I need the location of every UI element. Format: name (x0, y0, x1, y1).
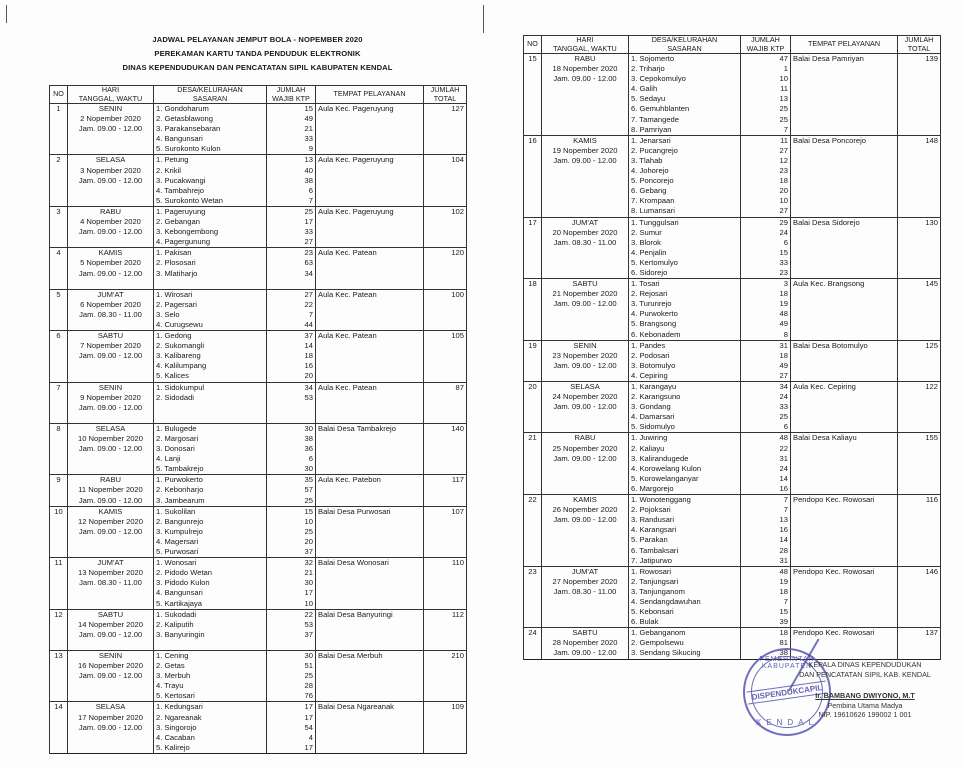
entry-total (424, 599, 467, 610)
service-place (791, 166, 898, 176)
village-ktp-count: 37 (267, 331, 316, 342)
village-name: 4. Galih (629, 84, 741, 94)
entry-number (524, 617, 542, 628)
entry-number (50, 217, 68, 227)
entry-number (50, 403, 68, 413)
entry-date: 7 Nopember 2020 (68, 341, 154, 351)
entry-day-blank (542, 196, 629, 206)
village-row: 5. Kebonsari15 (524, 607, 941, 617)
service-place (316, 320, 424, 331)
schedule-entry-row: 16KAMIS1. Jenarsari11Balai Desa Poncorej… (524, 135, 941, 146)
entry-total (898, 146, 941, 156)
village-name: 3. Singorojo (154, 723, 267, 733)
entry-day-blank (542, 546, 629, 556)
village-row: Jam. 09.00 - 12.003. Botomulyo49 (524, 361, 941, 371)
entry-number (50, 681, 68, 691)
village-ktp-count: 19 (741, 577, 791, 587)
entry-day-blank (542, 104, 629, 114)
entry-total: 210 (424, 650, 467, 661)
village-row: Jam. 09.00 - 12.003. Jambearum25 (50, 496, 467, 507)
village-row: Jam. 08.30 - 11.003. Pidodo Kulon30 (50, 578, 467, 588)
village-name: 1. Gondoharum (154, 104, 267, 115)
entry-total (424, 393, 467, 403)
village-ktp-count: 51 (267, 661, 316, 671)
entry-number (524, 104, 542, 114)
service-place (791, 258, 898, 268)
entry-day-blank (542, 556, 629, 567)
entry-total (898, 648, 941, 659)
entry-number (50, 300, 68, 310)
entry-date: 23 Nopember 2020 (542, 351, 629, 361)
header-place: TEMPAT PELAYANAN (791, 36, 898, 54)
service-place (316, 537, 424, 547)
entry-total (424, 723, 467, 733)
village-row: 4. Cacaban4 (50, 733, 467, 743)
village-ktp-count: 33 (267, 134, 316, 144)
village-ktp-count: 6 (267, 186, 316, 196)
entry-total (424, 517, 467, 527)
entry-total (898, 330, 941, 341)
entry-number (524, 309, 542, 319)
entry-number (524, 525, 542, 535)
header-total: JUMLAHTOTAL (898, 36, 941, 54)
entry-number: 11 (50, 558, 68, 569)
village-row: 5. Kertosari76 (50, 691, 467, 702)
village-name: 1. Cening (154, 650, 267, 661)
entry-number (50, 269, 68, 279)
entry-total (424, 166, 467, 176)
entry-total: 117 (424, 475, 467, 486)
village-name: 3. Kalirandugede (629, 454, 741, 464)
service-place (316, 310, 424, 320)
entry-number (50, 620, 68, 630)
village-name: 1. Jenarsari (629, 135, 741, 146)
service-place (791, 84, 898, 94)
village-ktp-count: 6 (267, 454, 316, 464)
village-name: 2. Pojoksari (629, 505, 741, 515)
service-place (791, 94, 898, 104)
village-name: 6. Margorejo (629, 484, 741, 495)
service-place (791, 556, 898, 567)
village-row: 6. Gebang20 (524, 186, 941, 196)
entry-number (50, 568, 68, 578)
village-row: 27 Nopember 20202. Tanjungsari19 (524, 577, 941, 587)
entry-total (898, 515, 941, 525)
entry-number (50, 176, 68, 186)
header-total: JUMLAHTOTAL (424, 86, 467, 104)
entry-total (898, 156, 941, 166)
village-row: 6. Sidorejo23 (524, 268, 941, 279)
service-place (791, 577, 898, 587)
village-name: 2. Kaliayu (629, 444, 741, 454)
entry-number (50, 444, 68, 454)
village-row: 5. Parakan14 (524, 535, 941, 545)
village-name: 4. Lanji (154, 454, 267, 464)
village-ktp-count: 48 (741, 309, 791, 319)
entry-day: SENIN (68, 382, 154, 393)
village-ktp-count: 49 (741, 361, 791, 371)
service-place (791, 176, 898, 186)
entry-day-blank (68, 640, 154, 651)
service-place (316, 114, 424, 124)
entry-total (898, 74, 941, 84)
village-row: 10 Nopember 20202. Margosari38 (50, 434, 467, 444)
entry-time: Jam. 09.00 - 12.00 (542, 299, 629, 309)
village-name: 7. Tamangede (629, 115, 741, 125)
entry-day: SENIN (68, 650, 154, 661)
village-ktp-count: 30 (267, 423, 316, 434)
service-place: Balai Desa Merbuh (316, 650, 424, 661)
entry-number (524, 146, 542, 156)
entry-number (524, 238, 542, 248)
village-row: Jam. 09.00 - 12.003. Kebongembong33 (50, 227, 467, 237)
village-ktp-count: 7 (741, 495, 791, 506)
village-ktp-count: 22 (267, 300, 316, 310)
header-day-line2: TANGGAL, WAKTU (79, 94, 143, 103)
entry-date: 4 Nopember 2020 (68, 217, 154, 227)
entry-date: 19 Nopember 2020 (542, 146, 629, 156)
service-place (316, 166, 424, 176)
entry-number: 23 (524, 566, 542, 577)
header-day: HARITANGGAL, WAKTU (542, 36, 629, 54)
service-place: Aula Kec. Patean (316, 331, 424, 342)
entry-day-blank (68, 361, 154, 371)
entry-number (524, 361, 542, 371)
entry-number (50, 588, 68, 598)
village-row: Jam. 09.00 - 12.003. Tlahab12 (524, 156, 941, 166)
entry-total (424, 588, 467, 598)
entry-date: 25 Nopember 2020 (542, 444, 629, 454)
village-ktp-count: 33 (267, 227, 316, 237)
entry-time: Jam. 09.00 - 12.00 (68, 351, 154, 361)
village-row: Jam. 09.00 - 12.003. Donosari36 (50, 444, 467, 454)
village-name: 8. Lumansari (629, 206, 741, 217)
village-ktp-count: 76 (267, 691, 316, 702)
village-ktp-count: 28 (741, 546, 791, 556)
entry-time: Jam. 09.00 - 12.00 (68, 496, 154, 507)
entry-total (424, 176, 467, 186)
entry-number: 12 (50, 609, 68, 620)
village-ktp-count: 39 (741, 617, 791, 628)
entry-number (524, 484, 542, 495)
entry-number (50, 434, 68, 444)
entry-number (50, 547, 68, 558)
entry-total: 137 (898, 628, 941, 639)
village-name: 5. Parakan (629, 535, 741, 545)
entry-date: 26 Nopember 2020 (542, 505, 629, 515)
entry-number (50, 713, 68, 723)
village-name: 2. Tanjungsari (629, 577, 741, 587)
village-ktp-count: 14 (267, 341, 316, 351)
entry-total (898, 525, 941, 535)
entry-number: 15 (524, 54, 542, 65)
village-ktp-count (267, 279, 316, 290)
entry-total (898, 289, 941, 299)
entry-number (524, 125, 542, 136)
entry-number (50, 743, 68, 754)
schedule-entry-row: 10KAMIS1. Sukolilan15Balai Desa Purwosar… (50, 506, 467, 517)
village-row: 5. Kartikajaya10 (50, 599, 467, 610)
entry-total (898, 422, 941, 433)
entry-number (50, 661, 68, 671)
service-place: Balai Desa Pamriyan (791, 54, 898, 65)
service-place (791, 104, 898, 114)
schedule-entry-row: 22KAMIS1. Wonotenggang7Pendopo Kec. Rowo… (524, 495, 941, 506)
village-name: 8. Pamriyan (629, 125, 741, 136)
entry-total (898, 577, 941, 587)
document-title: JADWAL PELAYANAN JEMPUT BOLA - NOPEMBER … (49, 33, 466, 47)
entry-number (524, 577, 542, 587)
entry-day-blank (542, 525, 629, 535)
village-row: 4. Korowelang Kulon24 (524, 464, 941, 474)
village-row: 7. Tamangede25 (524, 115, 941, 125)
village-name: 3. Pucakwangi (154, 176, 267, 186)
village-row: 19 Nopember 20202. Pucangrejo27 (524, 146, 941, 156)
village-name: 3. Gondang (629, 402, 741, 412)
entry-number (50, 413, 68, 424)
entry-number (524, 186, 542, 196)
entry-day-blank (68, 196, 154, 207)
entry-total (424, 279, 467, 290)
village-row: 5. Surokonto Wetan7 (50, 196, 467, 207)
village-ktp-count: 14 (741, 535, 791, 545)
entry-total (898, 309, 941, 319)
entry-total (424, 464, 467, 475)
service-place (791, 186, 898, 196)
village-ktp-count: 14 (741, 474, 791, 484)
entry-day-blank (542, 309, 629, 319)
village-name: 2. Kebonharjo (154, 485, 267, 495)
village-ktp-count: 33 (741, 258, 791, 268)
village-name: 4. Magersari (154, 537, 267, 547)
entry-number (50, 496, 68, 507)
village-name: 2. Margosari (154, 434, 267, 444)
entry-total (424, 547, 467, 558)
entry-day: RABU (68, 206, 154, 217)
village-ktp-count: 23 (267, 248, 316, 259)
service-place (791, 156, 898, 166)
village-row: 4. Lanji6 (50, 454, 467, 464)
entry-date: 3 Nopember 2020 (68, 166, 154, 176)
entry-total (424, 269, 467, 279)
village-ktp-count: 27 (267, 289, 316, 300)
village-row: 5. Purwosari37 (50, 547, 467, 558)
service-place (791, 268, 898, 279)
entry-day: RABU (68, 475, 154, 486)
entry-date: 14 Nopember 2020 (68, 620, 154, 630)
village-ktp-count: 20 (267, 371, 316, 382)
entry-total: 140 (424, 423, 467, 434)
service-place (316, 454, 424, 464)
village-row: 6. Kebonadem8 (524, 330, 941, 341)
service-place (791, 617, 898, 628)
village-ktp-count: 25 (741, 104, 791, 114)
village-ktp-count: 18 (741, 587, 791, 597)
village-name: 1. Karangayu (629, 382, 741, 393)
service-place (316, 671, 424, 681)
village-ktp-count: 17 (267, 743, 316, 754)
village-ktp-count: 17 (267, 702, 316, 713)
entry-total (898, 474, 941, 484)
entry-day-blank (68, 691, 154, 702)
village-ktp-count: 12 (741, 156, 791, 166)
service-place (316, 403, 424, 413)
village-name (154, 640, 267, 651)
village-name: 2. Gebangan (154, 217, 267, 227)
entry-total (898, 454, 941, 464)
service-place (316, 279, 424, 290)
village-row: Jam. 09.00 - 12.003. Cepokomulyo10 (524, 74, 941, 84)
entry-number (524, 371, 542, 382)
service-place (791, 371, 898, 382)
village-ktp-count: 4 (267, 733, 316, 743)
village-ktp-count: 7 (741, 125, 791, 136)
village-ktp-count: 33 (741, 402, 791, 412)
service-place (316, 588, 424, 598)
document-subtitle: PEREKAMAN KARTU TANDA PENDUDUK ELEKTRONI… (49, 47, 466, 61)
village-ktp-count: 34 (267, 269, 316, 279)
entry-total (424, 713, 467, 723)
entry-day-blank (542, 258, 629, 268)
service-place (791, 444, 898, 454)
village-ktp-count: 16 (741, 525, 791, 535)
entry-number (524, 597, 542, 607)
entry-time: Jam. 09.00 - 12.00 (68, 723, 154, 733)
village-ktp-count: 17 (267, 713, 316, 723)
village-row: 4. Kalilumpang16 (50, 361, 467, 371)
village-name: 2. Pucangrejo (629, 146, 741, 156)
entry-number: 5 (50, 289, 68, 300)
village-name: 5. Kartikajaya (154, 599, 267, 610)
village-ktp-count (267, 640, 316, 651)
entry-day: SABTU (68, 331, 154, 342)
entry-day-blank (68, 681, 154, 691)
entry-number (50, 691, 68, 702)
entry-number (524, 535, 542, 545)
village-name: 4. Purwokerto (629, 309, 741, 319)
village-row: 6. Bulak39 (524, 617, 941, 628)
service-place: Balai Desa Banyuringi (316, 609, 424, 620)
service-place: Pendopo Kec. Rowosari (791, 495, 898, 506)
entry-time: Jam. 09.00 - 12.00 (542, 454, 629, 464)
entry-total (898, 505, 941, 515)
schedule-entry-row: 9RABU1. Purwokerto35Aula Kec. Patebon117 (50, 475, 467, 486)
village-row: 14 Nopember 20202. Kaliputih53 (50, 620, 467, 630)
village-ktp-count: 53 (267, 620, 316, 630)
entry-total (424, 114, 467, 124)
entry-date: 20 Nopember 2020 (542, 228, 629, 238)
village-row (50, 413, 467, 424)
entry-number: 14 (50, 702, 68, 713)
entry-time: Jam. 09.00 - 12.00 (542, 361, 629, 371)
entry-number (50, 114, 68, 124)
entry-number (524, 319, 542, 329)
village-ktp-count: 7 (741, 505, 791, 515)
entry-day-blank (542, 474, 629, 484)
entry-number: 19 (524, 340, 542, 351)
entry-time: Jam. 09.00 - 12.00 (68, 444, 154, 454)
village-ktp-count: 18 (741, 289, 791, 299)
village-name: 4. Penjalin (629, 248, 741, 258)
village-row: 11 Nopember 20202. Kebonharjo57 (50, 485, 467, 495)
village-name: 3. Kumpulrejo (154, 527, 267, 537)
village-row: 4. Penjalin15 (524, 248, 941, 258)
village-row: 4. Magersari20 (50, 537, 467, 547)
entry-total (898, 125, 941, 136)
village-row: Jam. 08.30 - 11.003. Tanjunganom18 (524, 587, 941, 597)
service-place (316, 723, 424, 733)
entry-number (524, 94, 542, 104)
village-ktp-count: 7 (267, 310, 316, 320)
entry-number (50, 361, 68, 371)
village-name (154, 279, 267, 290)
village-name: 3. Banyuringin (154, 630, 267, 640)
entry-number (524, 351, 542, 361)
village-name: 2. Sumur (629, 228, 741, 238)
village-row: Jam. 08.30 - 11.003. Blorok6 (524, 238, 941, 248)
entry-date: 27 Nopember 2020 (542, 577, 629, 587)
schedule-entry-row: 21RABU1. Juwiring48Balai Desa Kaliayu155 (524, 433, 941, 444)
entry-number (524, 156, 542, 166)
village-ktp-count: 37 (267, 547, 316, 558)
village-row: 6. Margorejo16 (524, 484, 941, 495)
village-row: 25 Nopember 20202. Kaliayu22 (524, 444, 941, 454)
entry-total (898, 319, 941, 329)
entry-total (424, 691, 467, 702)
schedule-entry-row: 19SENIN1. Pandes31Balai Desa Botomulyo12… (524, 340, 941, 351)
entry-total (424, 661, 467, 671)
village-name: 3. Tanjunganom (629, 587, 741, 597)
service-place (791, 115, 898, 125)
entry-day-blank (68, 547, 154, 558)
village-ktp-count: 36 (267, 444, 316, 454)
entry-total (898, 238, 941, 248)
entry-number (524, 258, 542, 268)
village-ktp-count: 20 (741, 186, 791, 196)
village-ktp-count: 21 (267, 124, 316, 134)
village-ktp-count: 25 (267, 671, 316, 681)
village-name: 1. Sukodadi (154, 609, 267, 620)
service-place (791, 299, 898, 309)
schedule-entry-row: 3RABU1. Pageruyung25Aula Kec. Pageruyung… (50, 206, 467, 217)
village-ktp-count: 25 (267, 206, 316, 217)
service-place (791, 361, 898, 371)
service-place (316, 640, 424, 651)
entry-total (424, 320, 467, 331)
village-row: 8. Pamriyan7 (524, 125, 941, 136)
entry-total (424, 371, 467, 382)
village-ktp-count: 16 (741, 484, 791, 495)
entry-day: KAMIS (542, 495, 629, 506)
entry-day-blank (542, 597, 629, 607)
entry-number (524, 248, 542, 258)
entry-total (424, 341, 467, 351)
village-ktp-count: 38 (267, 434, 316, 444)
service-place (316, 413, 424, 424)
village-row: 4 Nopember 20202. Gebangan17 (50, 217, 467, 227)
service-place (316, 258, 424, 268)
entry-total (898, 166, 941, 176)
entry-day: JUM'AT (542, 217, 629, 228)
village-name: 4. Kalilumpang (154, 361, 267, 371)
village-ktp-count: 19 (741, 299, 791, 309)
service-place (316, 681, 424, 691)
village-ktp-count: 30 (267, 578, 316, 588)
village-name: 5. Kebonsari (629, 607, 741, 617)
service-place (316, 733, 424, 743)
village-ktp-count (267, 403, 316, 413)
entry-number: 21 (524, 433, 542, 444)
